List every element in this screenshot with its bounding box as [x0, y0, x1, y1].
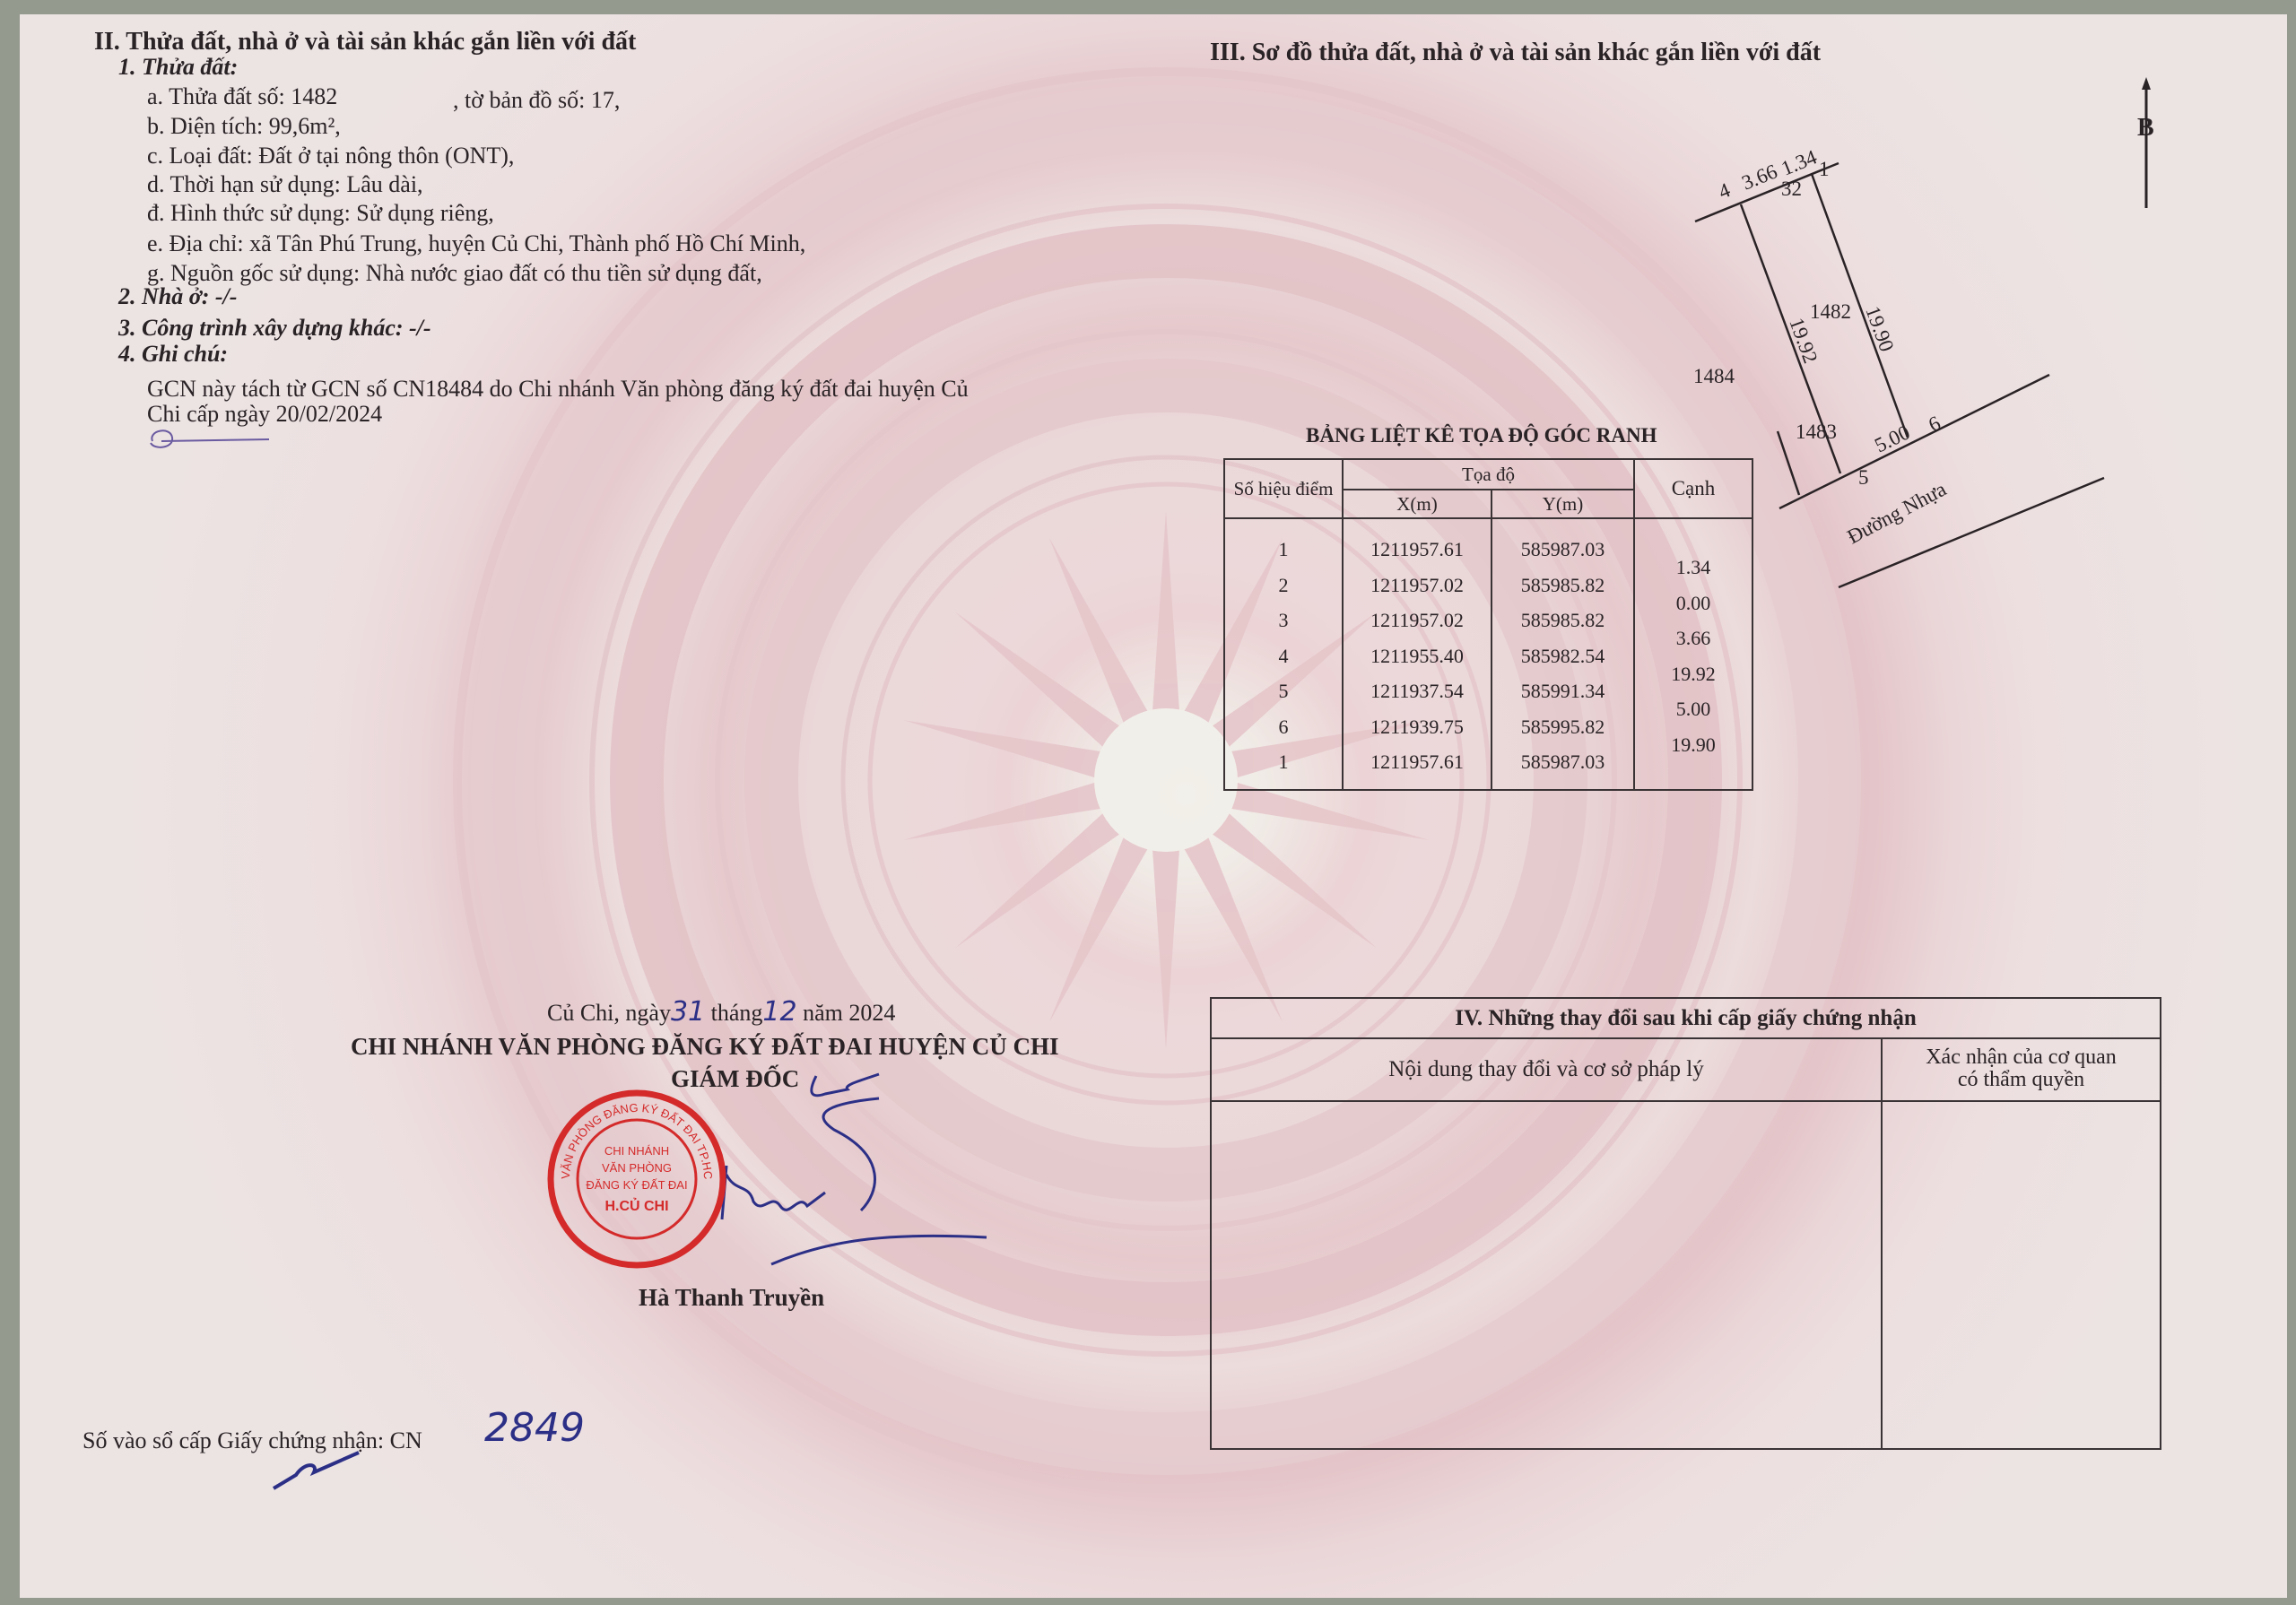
header-y: Y(m) [1492, 490, 1634, 518]
change-content-header: Nội dung thay đổi và cơ sở pháp lý [1212, 1039, 1883, 1100]
signer-name: Hà Thanh Truyền [639, 1284, 824, 1311]
official-seal-icon: CHI NHÁNH VĂN PHÒNG ĐĂNG KÝ ĐẤT ĐAI H.CỦ… [543, 1085, 731, 1273]
edge-label-19-90: 19.90 [1861, 303, 1898, 354]
x-column: 1211957.611211957.021211957.021211955.40… [1343, 518, 1492, 790]
change-content-cell [1212, 1102, 1883, 1448]
point-label-4: 4 [1716, 178, 1734, 204]
point-column: 1234561 [1224, 518, 1343, 790]
parcel-label-1484: 1484 [1693, 365, 1735, 387]
section-4-title: IV. Những thay đổi sau khi cấp giấy chứn… [1212, 999, 2160, 1039]
header-point: Số hiệu điểm [1224, 459, 1343, 518]
coordinates-table-title: BẢNG LIỆT KÊ TỌA ĐỘ GÓC RANH [1306, 422, 1657, 449]
y-column: 585987.03585985.82585985.82585982.545859… [1492, 518, 1634, 790]
svg-text:CHI NHÁNH: CHI NHÁNH [604, 1144, 669, 1158]
registry-number: 2849 [484, 1406, 585, 1451]
date-month-prefix: tháng [711, 1000, 763, 1026]
edge-column: 1.340.003.6619.925.0019.90 [1634, 518, 1752, 790]
date-prefix: Củ Chi, ngày [547, 1000, 671, 1026]
header-x: X(m) [1343, 490, 1492, 518]
parcel-label-1483: 1483 [1796, 421, 1837, 443]
point-label-6: 6 [1925, 412, 1944, 437]
svg-text:H.CỦ CHI: H.CỦ CHI [604, 1197, 668, 1214]
date-year: năm 2024 [803, 1000, 895, 1026]
point-label-1: 1 [1819, 158, 1830, 180]
issuing-office: CHI NHÁNH VĂN PHÒNG ĐĂNG KÝ ĐẤT ĐAI HUYỆ… [351, 1033, 1059, 1060]
coordinates-table: Số hiệu điểm Tọa độ Cạnh X(m) Y(m) 12345… [1223, 458, 1753, 791]
date-day: 31 [671, 996, 705, 1028]
svg-text:VĂN PHÒNG: VĂN PHÒNG [602, 1161, 672, 1175]
authority-confirmation-header: Xác nhận của cơ quan có thẩm quyền [1883, 1039, 2160, 1100]
parcel-label-1482: 1482 [1810, 300, 1851, 323]
header-edge: Cạnh [1634, 459, 1752, 518]
initial-scribble-icon [269, 1444, 377, 1497]
edge-label-1-34: 1.34 [1779, 145, 1821, 179]
point-label-5: 5 [1858, 466, 1869, 489]
svg-text:ĐĂNG KÝ ĐẤT ĐAI: ĐĂNG KÝ ĐẤT ĐAI [586, 1178, 687, 1192]
changes-after-issuance-table: IV. Những thay đổi sau khi cấp giấy chứn… [1210, 997, 2161, 1450]
point-label-32: 32 [1781, 178, 1802, 200]
date-month: 12 [762, 996, 796, 1028]
header-coord: Tọa độ [1343, 459, 1634, 490]
issue-date-line: Củ Chi, ngày31 tháng12 năm 2024 [547, 999, 895, 1027]
